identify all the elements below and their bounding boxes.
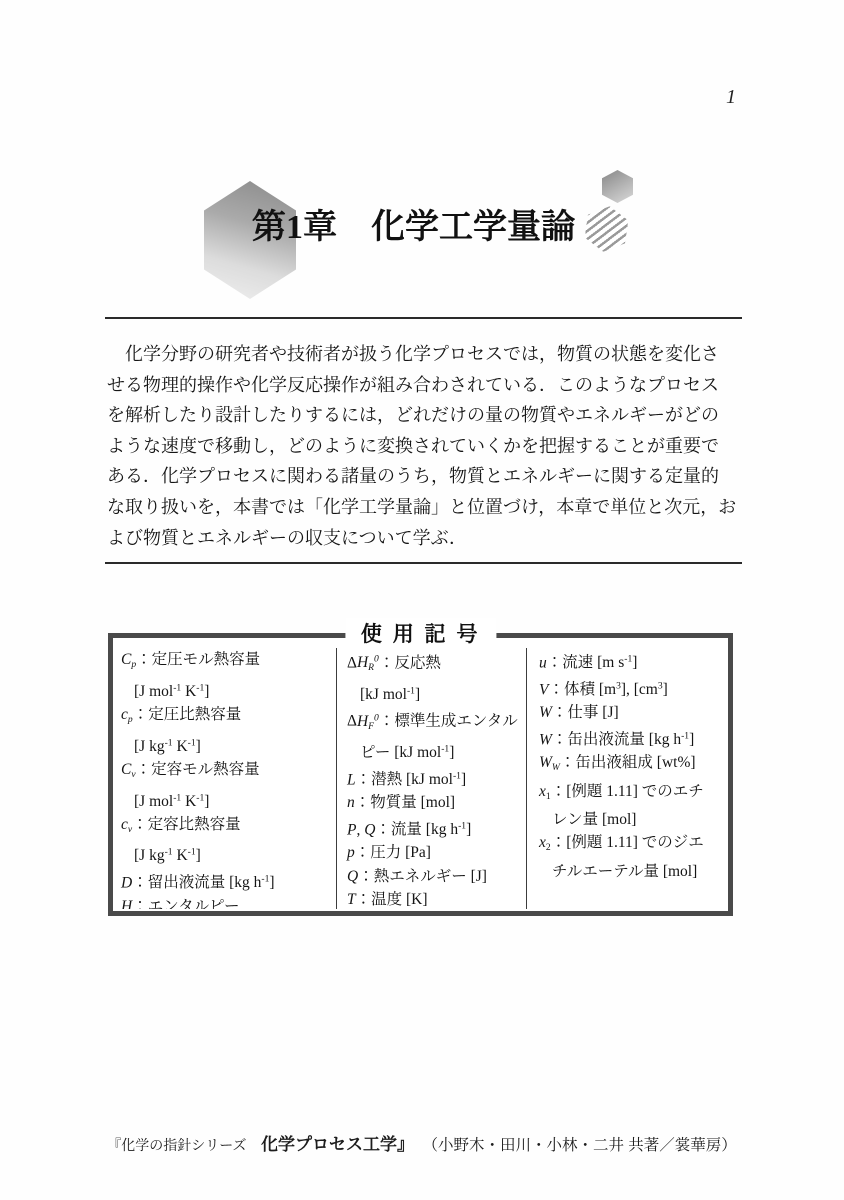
- symbols-box: 使 用 記 号 Cp：定圧モル熱容量[J mol-1 K-1]cp：定圧比熱容量…: [108, 633, 733, 916]
- footer-authors-publisher: （小野木・田川・小林・二井 共著／裳華房）: [422, 1137, 736, 1154]
- symbol-entry: p：圧力 [Pa]: [347, 841, 526, 864]
- intro-line: せる物理的操作や化学反応操作が組み合わされている．このようなプロセス: [107, 370, 747, 401]
- symbol-entry: P, Q：流量 [kg h-1]: [347, 815, 526, 842]
- symbol-entry: [J kg-1 K-1]: [121, 731, 336, 758]
- symbol-entry: H：エンタルピー: [121, 895, 336, 909]
- symbol-entry: Cp：定圧モル熱容量: [121, 648, 336, 676]
- symbol-entry: cp：定圧比熱容量: [121, 703, 336, 731]
- symbol-entry: チルエーテル量 [mol]: [539, 860, 728, 883]
- hexagon-ornament-striped-icon: [583, 203, 630, 254]
- intro-line: ある．化学プロセスに関わる諸量のうち，物質とエネルギーに関する定量的: [107, 461, 747, 492]
- section-divider-bottom: [105, 562, 742, 564]
- intro-line: を解析したり設計したりするには，どれだけの量の物質やエネルギーがどの: [107, 400, 747, 431]
- intro-line: な取り扱いを，本書では「化学工学量論」と位置づけ，本章で単位と次元，お: [107, 492, 747, 523]
- symbol-entry: u：流速 [m s-1]: [539, 648, 728, 675]
- chapter-heading: 第1章 化学工学量論: [252, 208, 575, 247]
- symbol-entry: x1：[例題 1.11] でのエチ: [539, 780, 728, 808]
- symbols-column-3: u：流速 [m s-1]V：体積 [m3], [cm3]W：仕事 [J]W：缶出…: [527, 648, 728, 909]
- symbol-entry: D：留出液流量 [kg h-1]: [121, 868, 336, 895]
- symbol-entry: レン量 [mol]: [539, 808, 728, 831]
- symbol-entry: [J mol-1 K-1]: [121, 786, 336, 813]
- symbol-entry: x2：[例題 1.11] でのジエ: [539, 831, 728, 859]
- footer-colophon: 『化学の指針シリーズ 化学プロセス工学』 （小野木・田川・小林・二井 共著／裳華…: [0, 1130, 844, 1155]
- symbol-entry: WW：缶出液組成 [wt%]: [539, 751, 728, 779]
- intro-paragraph: 化学分野の研究者や技術者が扱う化学プロセスでは，物質の状態を変化さ せる物理的操…: [107, 339, 747, 553]
- chapter-title: 化学工学量論: [371, 208, 575, 247]
- symbol-entry: W：缶出液流量 [kg h-1]: [539, 725, 728, 752]
- symbols-columns: Cp：定圧モル熱容量[J mol-1 K-1]cp：定圧比熱容量[J kg-1 …: [113, 648, 728, 909]
- symbol-entry: V：体積 [m3], [cm3]: [539, 675, 728, 702]
- footer-series-name: 『化学の指針シリーズ: [107, 1137, 246, 1153]
- symbol-entry: [J kg-1 K-1]: [121, 841, 336, 868]
- section-divider-top: [105, 317, 742, 319]
- symbol-entry: W：仕事 [J]: [539, 701, 728, 724]
- page-number: 1: [726, 86, 736, 109]
- symbol-entry: Q：熱エネルギー [J]: [347, 865, 526, 888]
- symbol-entry: ΔHF0：標準生成エンタル: [347, 706, 526, 738]
- intro-line: ような速度で移動し，どのように変換されていくかを把握することが重要で: [107, 431, 747, 462]
- symbol-entry: [kJ mol-1]: [347, 680, 526, 707]
- symbol-entry: L：潜熱 [kJ mol-1]: [347, 765, 526, 792]
- symbol-entry: ピー [kJ mol-1]: [347, 738, 526, 765]
- document-page: 1 第1章 化学工学量論 化学分野の研究者や技術者が扱う化学プロセスでは，物質の…: [0, 0, 844, 1200]
- symbol-entry: T：温度 [K]: [347, 888, 526, 909]
- symbol-entry: Cv：定容モル熱容量: [121, 758, 336, 786]
- chapter-label: 第1章: [252, 208, 337, 247]
- intro-line: 化学分野の研究者や技術者が扱う化学プロセスでは，物質の状態を変化さ: [107, 339, 747, 370]
- symbol-entry: n：物質量 [mol]: [347, 791, 526, 814]
- hexagon-ornament-small-icon: [602, 170, 633, 203]
- symbol-entry: [J mol-1 K-1]: [121, 676, 336, 703]
- symbol-entry: cv：定容比熱容量: [121, 813, 336, 841]
- symbols-box-title: 使 用 記 号: [345, 618, 496, 648]
- symbols-column-2: ΔHR0：反応熱[kJ mol-1]ΔHF0：標準生成エンタルピー [kJ mo…: [337, 648, 527, 909]
- footer-book-title: 化学プロセス工学』: [261, 1135, 414, 1154]
- symbols-column-1: Cp：定圧モル熱容量[J mol-1 K-1]cp：定圧比熱容量[J kg-1 …: [113, 648, 337, 909]
- symbol-entry: ΔHR0：反応熱: [347, 648, 526, 680]
- intro-line: よび物質とエネルギーの収支について学ぶ．: [107, 523, 747, 554]
